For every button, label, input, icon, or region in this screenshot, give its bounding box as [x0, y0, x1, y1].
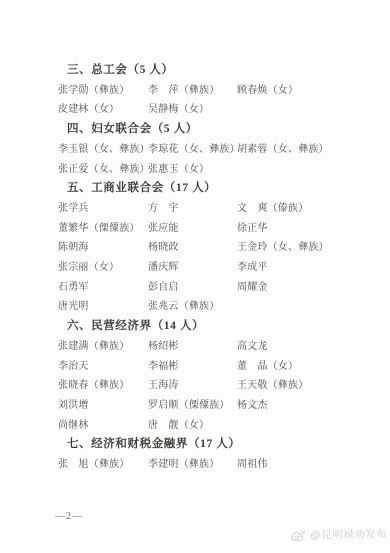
member-row: 尚继林唐 靓（女）: [58, 416, 373, 436]
weibo-icon: [290, 528, 307, 542]
member-row: 张 旭（彝族）李建明（彝族）周祖伟: [58, 455, 373, 475]
member-name: 张学勋（彝族）: [58, 81, 148, 101]
watermark-text: @昆明禄劝发布: [310, 526, 387, 542]
member-name: 李治天: [58, 357, 148, 377]
member-name: 石勇军: [58, 278, 148, 298]
member-list: 三、总工会（5 人）张学勋（彝族）李 萍（彝族）顾春焕（女）皮建林（女）吴静梅（…: [58, 61, 373, 475]
member-name: 胡素蓉（女、彝族）: [237, 140, 373, 160]
member-name: 吴静梅（女）: [148, 100, 237, 120]
member-name: 王海涛: [148, 376, 237, 396]
watermark: @昆明禄劝发布: [290, 526, 387, 543]
member-name: 杨绍彬: [148, 337, 237, 357]
member-name: 李琼花（女、彝族）: [148, 140, 237, 160]
member-name: 张应能: [148, 219, 237, 239]
section-title: 七、经济和财税金融界（17 人）: [58, 435, 373, 455]
member-row: 董繁华（傈僳族）张应能徐正华: [58, 219, 373, 239]
member-name: 周耀金: [237, 278, 373, 298]
member-name: 李福彬: [148, 357, 237, 377]
member-name: 张宗丽（女）: [58, 258, 148, 278]
member-row: 张宗丽（女）潘庆辉李成平: [58, 258, 373, 278]
section-title: 三、总工会（5 人）: [58, 61, 373, 81]
member-name: 李玉银（女、彝族）: [58, 140, 148, 160]
member-name: 董 晶（女）: [237, 357, 373, 377]
member-row: 张晓春（彝族）王海涛王天敬（彝族）: [58, 376, 373, 396]
section: 六、民营经济界（14 人）张建满（彝族）杨绍彬高文龙李治天李福彬董 晶（女）张晓…: [58, 317, 373, 435]
member-name: 顾春焕（女）: [237, 81, 373, 101]
member-row: 陈朝海杨晓政王金玲（女、彝族）: [58, 238, 373, 258]
member-row: 张学勋（彝族）李 萍（彝族）顾春焕（女）: [58, 81, 373, 101]
member-name: 张晓春（彝族）: [58, 376, 148, 396]
member-name: 陈朝海: [58, 238, 148, 258]
member-name: 徐正华: [237, 219, 373, 239]
member-name: 王天敬（彝族）: [237, 376, 373, 396]
member-name: 高文龙: [237, 337, 373, 357]
member-name: 唐 靓（女）: [148, 416, 237, 436]
member-row: 张建满（彝族）杨绍彬高文龙: [58, 337, 373, 357]
document-page: 三、总工会（5 人）张学勋（彝族）李 萍（彝族）顾春焕（女）皮建林（女）吴静梅（…: [0, 0, 390, 553]
section: 七、经济和财税金融界（17 人）张 旭（彝族）李建明（彝族）周祖伟: [58, 435, 373, 474]
member-name: 尚继林: [58, 416, 148, 436]
member-name: 杨晓政: [148, 238, 237, 258]
member-name: 周祖伟: [237, 455, 373, 475]
page-number: —2—: [55, 511, 83, 522]
member-row: 李玉银（女、彝族）李琼花（女、彝族）胡素蓉（女、彝族）: [58, 140, 373, 160]
member-row: 张学兵方 宇文 爽（傣族）: [58, 199, 373, 219]
member-row: 李治天李福彬董 晶（女）: [58, 357, 373, 377]
member-row: 唐光明张兆云（彝族）: [58, 297, 373, 317]
member-name: 张惠玉（女）: [148, 160, 237, 180]
member-name: 彭自启: [148, 278, 237, 298]
member-row: 刘洪增罗启顺（傈僳族）杨文杰: [58, 396, 373, 416]
member-name: 潘庆辉: [148, 258, 237, 278]
member-name: 李建明（彝族）: [148, 455, 237, 475]
member-row: 张正爱（女、彝族）张惠玉（女）: [58, 160, 373, 180]
member-name: 张 旭（彝族）: [58, 455, 148, 475]
member-name: 李成平: [237, 258, 373, 278]
section: 四、妇女联合会（5 人）李玉银（女、彝族）李琼花（女、彝族）胡素蓉（女、彝族）张…: [58, 120, 373, 179]
member-name: 张正爱（女、彝族）: [58, 160, 148, 180]
member-name: 张建满（彝族）: [58, 337, 148, 357]
section-title: 四、妇女联合会（5 人）: [58, 120, 373, 140]
member-name: 王金玲（女、彝族）: [237, 238, 373, 258]
member-name: 张兆云（彝族）: [148, 297, 237, 317]
member-name: 张学兵: [58, 199, 148, 219]
member-name: 罗启顺（傈僳族）: [148, 396, 237, 416]
member-name: 刘洪增: [58, 396, 148, 416]
member-name: 杨文杰: [237, 396, 373, 416]
member-name: 董繁华（傈僳族）: [58, 219, 148, 239]
member-name: 皮建林（女）: [58, 100, 148, 120]
member-name: 文 爽（傣族）: [237, 199, 373, 219]
section: 五、工商业联合会（17 人）张学兵方 宇文 爽（傣族）董繁华（傈僳族）张应能徐正…: [58, 179, 373, 317]
member-name: 李 萍（彝族）: [148, 81, 237, 101]
section-title: 六、民营经济界（14 人）: [58, 317, 373, 337]
member-row: 皮建林（女）吴静梅（女）: [58, 100, 373, 120]
member-name: 唐光明: [58, 297, 148, 317]
section-title: 五、工商业联合会（17 人）: [58, 179, 373, 199]
section: 三、总工会（5 人）张学勋（彝族）李 萍（彝族）顾春焕（女）皮建林（女）吴静梅（…: [58, 61, 373, 120]
member-name: 方 宇: [148, 199, 237, 219]
member-row: 石勇军彭自启周耀金: [58, 278, 373, 298]
